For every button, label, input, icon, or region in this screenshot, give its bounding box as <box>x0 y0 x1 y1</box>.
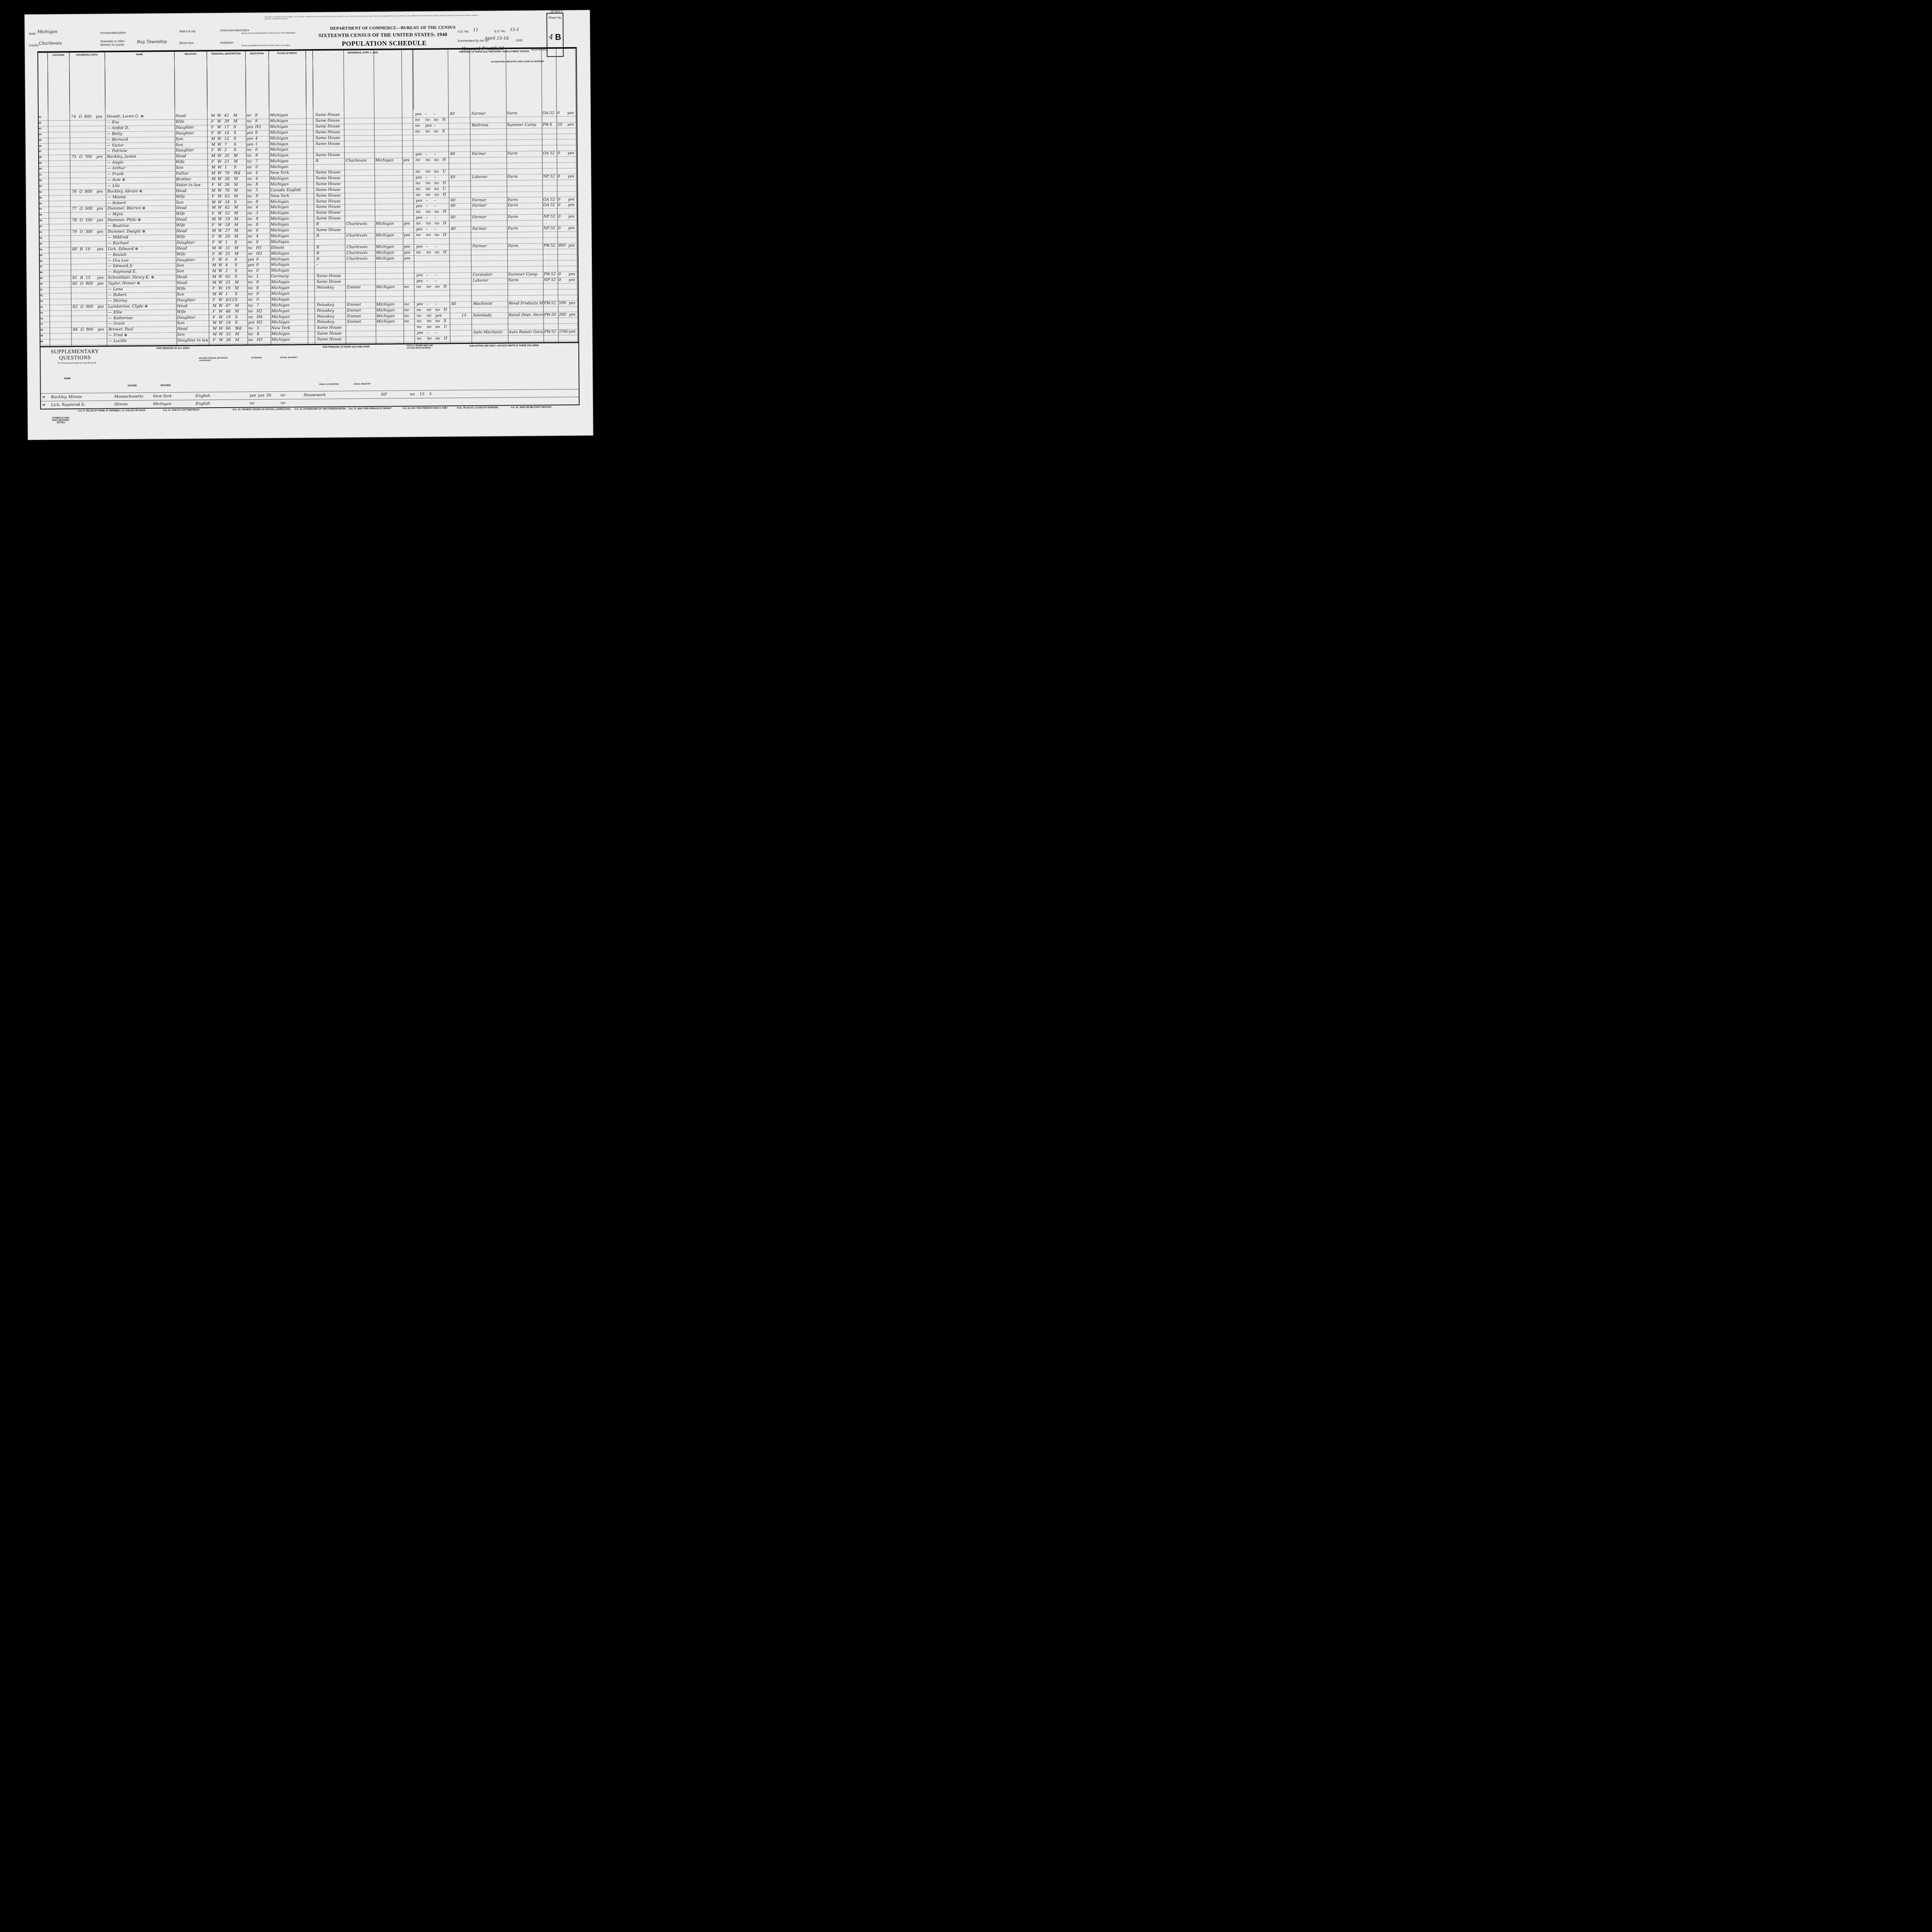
owned-rented <box>80 235 84 241</box>
residence-1935-county: Charlevoix <box>347 250 375 256</box>
occupation: Laborer <box>473 278 507 284</box>
residence-1935-state <box>376 198 403 204</box>
note-col24: Col. 24. DID THIS PERSON HAVE A JOB? <box>403 407 448 410</box>
relation: Sister in law <box>176 182 207 188</box>
other-status <box>442 152 448 157</box>
residence-1935-state <box>376 210 403 216</box>
birthplace: Illinois <box>271 245 306 251</box>
dwelling-number: 79 <box>72 230 79 235</box>
race: W <box>219 303 225 309</box>
occupation <box>473 267 507 272</box>
owned-rented: O <box>80 327 85 333</box>
public-work: yes <box>425 123 433 129</box>
seeking-work: no <box>434 158 442 163</box>
occupation <box>472 146 506 151</box>
home-value <box>86 333 97 338</box>
dwelling-number: 77 <box>72 206 79 212</box>
public-work: no <box>427 336 435 342</box>
residence-1935-city: Petoskey <box>317 314 346 320</box>
residence-1935-city: Same House <box>317 325 346 331</box>
at-work: no <box>417 325 426 330</box>
occupation <box>473 335 507 341</box>
seeking-work: – <box>435 301 443 307</box>
dwelling-number <box>72 253 79 258</box>
residence-1935-county: Charlevoix <box>346 158 374 164</box>
dwelling-number <box>72 270 79 275</box>
other-status: H <box>442 117 447 122</box>
age: 31 <box>225 245 234 251</box>
industry <box>507 139 542 145</box>
farm-1935 <box>403 227 413 232</box>
occupation <box>473 295 507 301</box>
col-education: EDUCATION <box>245 51 269 111</box>
highest-grade: 4 <box>256 205 264 211</box>
person-name: — Grant <box>108 321 176 327</box>
person-name: — Frank <box>107 171 175 177</box>
farm-residence <box>96 160 104 166</box>
supp-usual-occupation: Housework <box>304 391 338 400</box>
occupation <box>471 134 505 140</box>
owned-rented <box>80 201 84 206</box>
owned-rented <box>81 339 85 344</box>
occupation <box>472 220 506 226</box>
birthplace: Michigan <box>270 147 306 153</box>
supp-name: Buckley, Minnie <box>51 393 113 401</box>
line-number: 51 <box>39 172 48 178</box>
home-value <box>85 183 95 189</box>
birthplace: Michigan <box>271 297 307 303</box>
public-work <box>425 163 433 169</box>
relation: Brother <box>176 177 207 182</box>
other-status <box>444 290 449 295</box>
hours-worked <box>451 261 459 267</box>
birthplace: Michigan <box>270 112 305 118</box>
sheet-label: Sheet No. <box>548 16 562 19</box>
sex: M <box>212 217 217 222</box>
other-status <box>442 146 448 151</box>
birthplace: Michigan <box>270 228 306 233</box>
weeks-unemployed <box>461 261 469 266</box>
line-number: 71 <box>40 287 49 293</box>
at-work: yes <box>415 175 425 180</box>
other-status <box>442 134 447 140</box>
weeks-worked: 52 <box>551 277 558 283</box>
other-income <box>568 208 575 214</box>
at-work: no <box>417 319 426 324</box>
farm-residence: yes <box>97 189 104 194</box>
sex: F <box>211 148 217 153</box>
home-value: 15 <box>85 276 96 281</box>
owned-rented: O <box>80 206 84 212</box>
farm-1935: yes <box>404 244 413 250</box>
hours-worked: 40 <box>451 226 459 232</box>
weeks-unemployed <box>461 238 469 243</box>
age: 1 <box>226 292 234 297</box>
weeks-unemployed <box>460 169 469 174</box>
line-number: 66 <box>40 259 48 264</box>
relation: Son <box>177 332 208 338</box>
other-status <box>442 123 447 128</box>
age: 4 <box>225 263 234 268</box>
hours-worked <box>451 319 460 324</box>
farm-1935 <box>403 129 412 134</box>
farm-1935 <box>405 336 414 342</box>
age: 70 <box>224 171 233 176</box>
weeks-worked <box>551 237 558 243</box>
at-work <box>416 238 425 244</box>
unincorporated-note: (Name of unincorporated place having 100… <box>241 32 295 34</box>
supp-veteran-wife <box>258 400 266 407</box>
wage-income <box>558 139 567 145</box>
relation: Wife <box>177 286 208 292</box>
sheet-side: B <box>555 32 561 42</box>
home-value <box>86 321 97 327</box>
occupation: Saleslady <box>473 313 507 318</box>
marital-status: M <box>234 234 243 239</box>
residence-1935-county <box>347 267 375 273</box>
highest-grade: 8 <box>256 194 264 199</box>
weeks-worked: 20 <box>551 312 558 318</box>
relation: Wife <box>175 119 206 125</box>
seeking-work: no <box>435 319 443 324</box>
marital-status: S <box>235 291 243 297</box>
industry <box>508 237 543 243</box>
institution-label: Institution <box>220 41 233 44</box>
residence-1935-state: Michigan <box>376 221 403 227</box>
dwelling-number <box>71 166 78 172</box>
residence-1935-city: Same House <box>315 124 345 129</box>
marital-status: S <box>235 274 243 280</box>
occupation <box>473 318 507 324</box>
other-status <box>442 175 448 180</box>
line-number: 42 <box>39 120 47 126</box>
at-work: yes <box>416 273 425 278</box>
weeks-worked <box>549 128 556 133</box>
person-name: — Lucille <box>109 338 177 344</box>
sex: F <box>211 119 216 124</box>
industry <box>508 266 543 272</box>
marital-status: M <box>234 176 242 182</box>
owned-rented <box>79 172 84 177</box>
age: 42 <box>224 113 233 119</box>
seeking-work <box>434 163 442 169</box>
farm-residence <box>97 264 105 269</box>
weeks-unemployed <box>461 272 469 278</box>
relation: Daughter <box>175 131 206 136</box>
at-work: yes <box>416 279 425 284</box>
other-income <box>569 335 576 340</box>
home-value: 900 <box>86 304 97 310</box>
seeking-work <box>435 296 443 301</box>
weeks-worked: 4 <box>549 122 556 128</box>
farm-1935: no <box>404 308 413 313</box>
other-status <box>443 215 448 221</box>
at-work: no <box>416 192 425 197</box>
highest-grade: 8 <box>257 286 264 291</box>
weeks-worked <box>550 156 557 162</box>
wage-income <box>558 191 567 197</box>
weeks-unemployed <box>461 244 469 249</box>
industry: Farm <box>507 174 542 180</box>
residence-1935-state <box>375 169 402 175</box>
attending-school: no <box>248 280 255 285</box>
hours-worked <box>450 169 459 174</box>
relation: Head <box>176 154 207 160</box>
weeks-unemployed <box>460 111 468 117</box>
farm-1935 <box>403 123 412 129</box>
weeks-unemployed <box>460 123 468 128</box>
age: 39 <box>224 119 233 124</box>
weeks-unemployed <box>461 307 470 313</box>
seeking-work <box>435 267 442 272</box>
residence-1935-city: R <box>316 222 345 228</box>
sex: F <box>211 125 216 130</box>
public-work: – <box>426 215 434 221</box>
weeks-worked: 52 <box>550 151 557 156</box>
residence-1935-city: Same House <box>316 279 346 285</box>
residence-1935-state: Michigan <box>376 319 403 325</box>
class-of-worker: OA <box>543 151 549 156</box>
occupation: Farmer <box>472 151 506 157</box>
class-of-worker <box>543 231 549 237</box>
class-of-worker: NP <box>543 174 549 179</box>
residence-1935-city <box>316 164 345 170</box>
at-work: yes <box>416 198 425 203</box>
other-income: yes <box>568 243 575 248</box>
hours-worked <box>451 250 459 255</box>
residence-1935-county <box>347 279 375 285</box>
col-birthplace: PLACE OF BIRTH <box>269 51 306 111</box>
at-work <box>417 296 426 301</box>
class-of-worker: PW <box>543 122 549 128</box>
race: W <box>219 292 225 297</box>
home-value <box>85 258 96 264</box>
farm-1935: yes <box>403 158 412 163</box>
wage-income <box>557 134 566 139</box>
class-of-worker <box>544 306 550 312</box>
supp-col-social: SOCIAL SECURITY <box>280 356 298 359</box>
highest-grade: H3 <box>257 337 265 343</box>
other-status <box>444 330 449 336</box>
owned-rented <box>80 270 85 275</box>
residence-1935-city: Same House <box>315 135 345 141</box>
line-number: 50 <box>39 167 48 172</box>
ed-label: E.D. No. <box>494 29 506 33</box>
residence-1935-city: Same House <box>316 199 345 204</box>
industry <box>507 145 542 151</box>
industry: Farm <box>508 243 543 249</box>
public-work: no <box>425 158 433 163</box>
supp-usual-class <box>381 399 390 406</box>
owned-rented <box>80 299 85 304</box>
industry <box>507 180 542 185</box>
owned-rented <box>80 293 85 298</box>
residence-1935-county <box>347 273 375 279</box>
relation: Son <box>177 269 207 275</box>
attending-school: no <box>247 148 255 153</box>
dwelling-number <box>73 287 80 293</box>
highest-grade: 0 <box>256 240 264 245</box>
col-household: HOUSEHOLD DATA <box>69 52 105 112</box>
farm-1935 <box>403 209 413 215</box>
residence-1935-city: R <box>316 256 346 262</box>
sd-label: S.D. No. <box>457 30 469 33</box>
sex: F <box>213 338 218 343</box>
race: W <box>219 320 225 326</box>
line-number: 73 <box>40 299 49 304</box>
other-income: yes <box>569 312 576 317</box>
at-work: yes <box>415 112 424 117</box>
residence-1935-state: Michigan <box>376 313 403 319</box>
farm-1935: yes <box>403 221 413 226</box>
dwelling-number <box>73 310 80 316</box>
relation: Head <box>177 274 207 280</box>
highest-grade: H4 <box>257 315 264 320</box>
public-work: no <box>425 169 433 175</box>
owned-rented <box>79 137 83 143</box>
sex: M <box>211 136 216 142</box>
supp-veteran: no <box>250 400 257 407</box>
hours-worked <box>451 284 460 289</box>
supp-line: 55 <box>43 394 50 401</box>
other-income <box>568 185 575 191</box>
other-status: H <box>444 284 449 289</box>
col-residence: RESIDENCE, APRIL 1, 1935 <box>313 50 414 111</box>
dwelling-number: 84 <box>73 327 80 333</box>
sex: M <box>211 177 217 182</box>
occupation <box>472 168 506 174</box>
occupation: Farmer <box>473 243 507 249</box>
attending-school: no <box>247 228 255 233</box>
dwelling-number <box>71 160 78 166</box>
race: W <box>218 171 224 176</box>
residence-1935-state <box>376 267 403 273</box>
attending-school: no <box>248 303 256 308</box>
dwelling-number <box>72 195 79 201</box>
marital-status: S <box>235 240 243 245</box>
occupation: Farmer <box>471 111 505 117</box>
township-value: Bay Township <box>137 39 167 44</box>
hours-worked <box>451 278 459 284</box>
residence-1935-state: Michigan <box>375 158 402 164</box>
marital-status: M <box>234 228 243 234</box>
line-number: 67 <box>40 264 48 270</box>
dwelling-number <box>72 224 79 229</box>
occupation <box>473 238 507 243</box>
marital-status: M <box>234 182 242 187</box>
hours-worked <box>451 255 459 261</box>
dwelling-number: 78 <box>72 218 79 223</box>
occupation <box>472 140 506 146</box>
weeks-worked <box>549 134 556 139</box>
hours-worked: 40 <box>451 204 459 209</box>
other-income <box>569 323 576 329</box>
supp-mother: Michigan <box>153 400 190 408</box>
owned-rented: O <box>80 281 85 287</box>
attending-school: no <box>248 326 256 332</box>
industry <box>508 231 543 237</box>
person-name: — Fred ⊗ <box>108 332 176 338</box>
farm-residence <box>97 293 105 298</box>
race: W <box>217 113 223 119</box>
class-of-worker <box>543 220 549 225</box>
farm-residence <box>96 120 104 125</box>
county-value: Charlevoix <box>39 41 62 46</box>
highest-grade: 8 <box>257 332 264 337</box>
census-sheet: Your report is required by Act of Congre… <box>25 10 593 440</box>
residence-1935-county <box>345 135 374 141</box>
owned-rented <box>80 252 85 258</box>
weeks-unemployed <box>461 284 470 289</box>
other-income <box>567 133 574 139</box>
person-name: — Betty <box>107 131 175 137</box>
class-of-worker <box>544 237 550 243</box>
supp-col-veterans: VETERANS <box>251 357 262 359</box>
residence-1935-county <box>346 198 375 204</box>
supp-married-more <box>410 398 418 406</box>
farm-1935 <box>404 325 413 330</box>
other-income: yes <box>569 329 576 335</box>
class-of-worker <box>544 266 550 272</box>
marital-status: S <box>234 142 242 147</box>
residence-1935-city: R <box>316 233 345 239</box>
seeking-work: no <box>435 325 443 330</box>
occupation <box>472 209 506 215</box>
farm-residence <box>96 143 104 148</box>
hours-worked <box>450 123 458 128</box>
age: 25 <box>225 280 234 286</box>
farm-residence <box>97 212 104 218</box>
home-value <box>84 137 95 143</box>
attending-school: no <box>247 199 255 205</box>
weeks-unemployed <box>461 221 469 226</box>
occupation <box>473 307 507 313</box>
highest-grade: 8 <box>255 153 263 158</box>
home-value <box>84 131 95 137</box>
line-number: 45 <box>39 138 48 143</box>
industry <box>509 318 543 324</box>
public-work <box>426 261 434 267</box>
public-work <box>426 238 434 244</box>
industry: Farm <box>508 197 543 203</box>
relation: Wife <box>176 223 207 228</box>
relation: Son <box>177 292 208 298</box>
marital-status: M <box>234 153 242 159</box>
highest-grade: 0 <box>255 148 263 153</box>
class-of-worker: OA <box>543 111 549 116</box>
race: W <box>218 188 224 194</box>
race: W <box>217 131 223 136</box>
supp-father: Massachusetts <box>114 393 151 401</box>
relation: Wife <box>177 252 207 257</box>
hours-worked <box>450 163 459 168</box>
residence-1935-county <box>346 187 375 193</box>
seeking-work: – <box>435 279 442 284</box>
residence-1935-county <box>346 181 374 187</box>
residence-1935-state <box>375 181 402 187</box>
line-number: 46 <box>39 143 48 149</box>
hours-worked: 40 <box>451 215 459 220</box>
birthplace: Michigan <box>271 320 307 326</box>
marital-status: M <box>233 119 242 124</box>
owned-rented <box>80 241 85 247</box>
residence-1935-city: Petoskey <box>317 285 346 291</box>
relation: Head <box>177 303 208 309</box>
weeks-worked <box>550 231 557 237</box>
line-number: 61 <box>39 230 48 235</box>
race: W <box>219 309 225 315</box>
home-value <box>85 160 95 166</box>
